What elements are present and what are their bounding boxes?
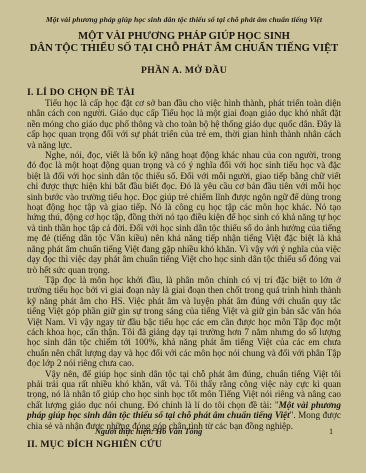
document-page: Một vài phương pháp giúp học sinh dân tộ… xyxy=(0,0,366,473)
paragraph: Vậy nên, để giúp học sinh dân tộc tại ch… xyxy=(27,369,341,431)
page-number: 1 xyxy=(329,427,333,436)
paragraph: Nghe, nói, đọc, viết là bốn kỹ năng hoạt… xyxy=(27,150,341,275)
document-title-line1: MỘT VÀI PHƯƠNG PHÁP GIÚP HỌC SINH xyxy=(78,31,290,42)
part-heading: PHẦN A. MỞ ĐẦU xyxy=(27,65,341,76)
document-title-line2: DÂN TỘC THIỂU SỐ TẠI CHỖ PHÁT ÂM CHUẨN T… xyxy=(30,43,338,54)
author-line: Người thực hiện: Hồ Văn Tông xyxy=(95,427,202,436)
paragraph-text: Tập đọc là môn học khởi đầu, là phân môn… xyxy=(27,275,341,368)
paragraph: Tiểu học là cấp học đặt cơ sở ban đầu ch… xyxy=(27,98,341,150)
paragraph: Tập đọc là môn học khởi đầu, là phân môn… xyxy=(27,275,341,369)
scanned-document: { "page": { "colors": { "paper": "#cbc29… xyxy=(0,0,366,473)
running-header: Một vài phương pháp giúp học sinh dân tộ… xyxy=(27,15,341,24)
sections: I. LÍ DO CHỌN ĐỀ TÀITiểu học là cấp học … xyxy=(27,87,341,450)
page-footer: Người thực hiện: Hồ Văn Tông 1 xyxy=(0,427,366,441)
section-heading: I. LÍ DO CHỌN ĐỀ TÀI xyxy=(27,87,341,98)
paragraph-text: Tiểu học là cấp học đặt cơ sở ban đầu ch… xyxy=(27,98,341,150)
paragraph-text: Nghe, nói, đọc, viết là bốn kỹ năng hoạt… xyxy=(27,150,341,274)
document-title: MỘT VÀI PHƯƠNG PHÁP GIÚP HỌC SINH DÂN TỘ… xyxy=(27,31,341,55)
